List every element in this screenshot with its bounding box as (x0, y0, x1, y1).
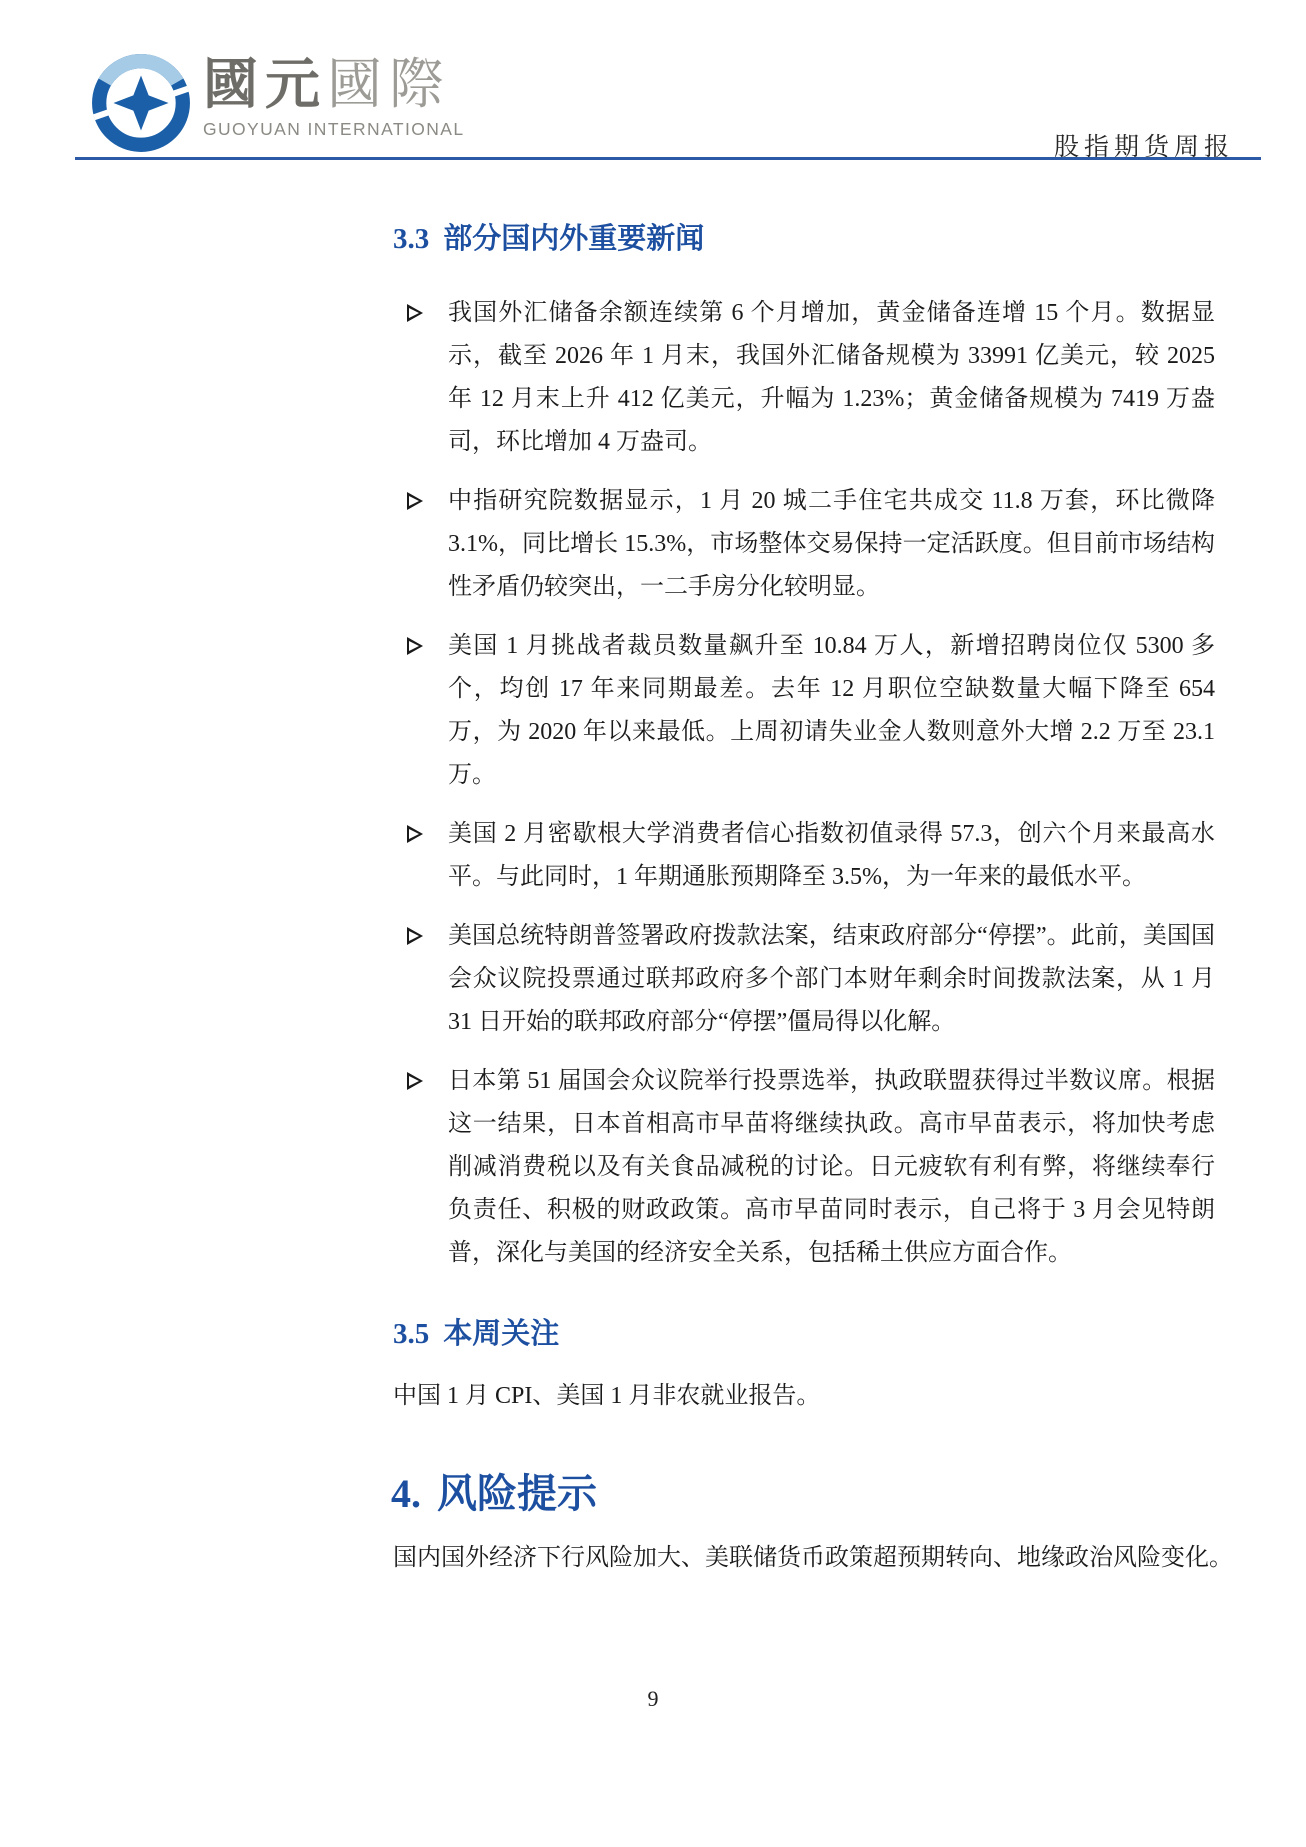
guoyuan-logo-icon (90, 52, 192, 154)
risk-paragraph: 国内国外经济下行风险加大、美联储货币政策超预期转向、地缘政治风险变化。 (393, 1537, 1233, 1580)
news-item-text: 美国 2 月密歇根大学消费者信心指数初值录得 57.3，创六个月来最高水平。与此… (448, 821, 1215, 890)
section-title: 风险提示 (437, 1471, 597, 1516)
section-title: 本周关注 (443, 1318, 559, 1350)
news-bullet-item: 美国 2 月密歇根大学消费者信心指数初值录得 57.3，创六个月来最高水平。与此… (393, 813, 1215, 899)
section-heading-focus: 3.5本周关注 (393, 1311, 559, 1352)
bullet-arrow-icon (407, 637, 423, 655)
brand-cn-primary: 國元 (203, 53, 327, 115)
focus-paragraph: 中国 1 月 CPI、美国 1 月非农就业报告。 (393, 1375, 820, 1418)
section-heading-news: 3.3部分国内外重要新闻 (393, 216, 704, 257)
bullet-arrow-icon (407, 304, 423, 322)
news-bullet-item: 美国总统特朗普签署政府拨款法案，结束政府部分“停摆”。此前，美国国会众议院投票通… (393, 915, 1215, 1044)
bullet-arrow-icon (407, 492, 423, 510)
bullet-arrow-icon (407, 825, 423, 843)
news-bullet-item: 我国外汇储备余额连续第 6 个月增加，黄金储备连增 15 个月。数据显示，截至 … (393, 292, 1215, 464)
bullet-arrow-icon (407, 1072, 423, 1090)
section-number: 4. (391, 1471, 421, 1516)
report-page: 國元國際 GUOYUAN INTERNATIONAL 股指期货周报 3.3部分国… (0, 0, 1306, 1847)
news-bullet-item: 中指研究院数据显示，1 月 20 城二手住宅共成交 11.8 万套，环比微降 3… (393, 480, 1215, 609)
news-bullet-item: 美国 1 月挑战者裁员数量飙升至 10.84 万人，新增招聘岗位仅 5300 多… (393, 625, 1215, 797)
news-item-text: 美国总统特朗普签署政府拨款法案，结束政府部分“停摆”。此前，美国国会众议院投票通… (448, 923, 1215, 1035)
header-divider (75, 157, 1261, 160)
brand-name-english: GUOYUAN INTERNATIONAL (203, 119, 464, 140)
section-heading-risk: 4.风险提示 (391, 1462, 597, 1519)
page-number: 9 (0, 1686, 1306, 1712)
section-number: 3.5 (393, 1318, 429, 1350)
news-item-text: 日本第 51 届国会众议院举行投票选举，执政联盟获得过半数议席。根据这一结果，日… (448, 1068, 1215, 1266)
brand-cn-secondary: 國際 (327, 53, 451, 115)
section-number: 3.3 (393, 223, 429, 255)
news-item-text: 美国 1 月挑战者裁员数量飙升至 10.84 万人，新增招聘岗位仅 5300 多… (448, 633, 1215, 788)
news-item-text: 中指研究院数据显示，1 月 20 城二手住宅共成交 11.8 万套，环比微降 3… (448, 488, 1215, 600)
news-bullet-item: 日本第 51 届国会众议院举行投票选举，执政联盟获得过半数议席。根据这一结果，日… (393, 1060, 1215, 1275)
section-title: 部分国内外重要新闻 (443, 223, 704, 255)
news-item-text: 我国外汇储备余额连续第 6 个月增加，黄金储备连增 15 个月。数据显示，截至 … (448, 300, 1215, 455)
brand-block: 國元國際 GUOYUAN INTERNATIONAL (203, 56, 464, 140)
news-bullet-list: 我国外汇储备余额连续第 6 个月增加，黄金储备连增 15 个月。数据显示，截至 … (393, 292, 1215, 1291)
bullet-arrow-icon (407, 927, 423, 945)
brand-name-chinese: 國元國際 (203, 56, 464, 114)
